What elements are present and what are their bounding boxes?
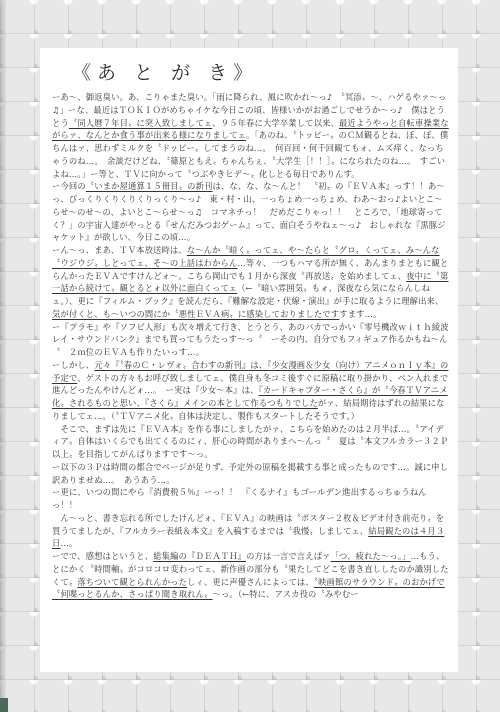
body-paragraph: ー以下の３Ｐは時間の都合でページが足りず、予定外の原稿を掲載する事と成ったもので… <box>52 461 450 487</box>
afterword-text-panel: 《あ と が き》 ーあ〜、御返臭い。あ、こりゃまた臭い。「雨に降られ、風に吹か… <box>40 48 458 672</box>
body-paragraph: ーあ〜、御返臭い。あ、こりゃまた臭い。「雨に降られ、風に吹かれ〜っ♪ 〝冥添〟〜… <box>52 91 450 180</box>
text-run: 、９５年春に大学卒業して以来、 <box>212 118 339 128</box>
page-corner-mark <box>0 698 8 712</box>
text-run: しィ、更に声優さんによっては、 <box>187 577 314 587</box>
text-run: そこで、まずは先に『ＥＶＡ本』を作る事にしましたがァ、こちらを始めたのは２月半ば… <box>52 424 448 460</box>
body-paragraph: ー更に、いつの間にやら『消費税５％』ーっ！！ 『くるナイ』もゴールデン進出するっ… <box>52 486 450 512</box>
afterword-body: ーあ〜、御返臭い。あ、こりゃまた臭い。「雨に降られ、風に吹かれ〜っ♪ 〝冥添〟〜… <box>52 91 450 601</box>
underlined-text-run: 〝いまか屋通算１５冊目〟の新刊 <box>86 181 213 191</box>
text-run: の方は一言で言えばァ <box>246 551 330 561</box>
underlined-text-run: 「つ、疲れた〜っ。」 <box>331 551 411 561</box>
page-binding-edge <box>0 0 6 712</box>
text-run: ーしかし、 <box>52 360 94 370</box>
underlined-text-run: 〝同人暦７年目〟に突入致しましてェ <box>69 118 212 128</box>
underlined-text-run: 総集編の『ＤＥＡＴＨ』 <box>153 551 246 561</box>
text-run: ー以下の３Ｐは時間の都合でページが足りず、予定外の原稿を掲載する事と成ったもので… <box>52 462 448 485</box>
body-paragraph: ー今回の〝いまか屋通算１５冊目〟の新刊は、な、な、な〜んと！ 〝初〟の『ＥＶＡ本… <box>52 180 450 244</box>
body-paragraph: ーでで、感想はというと、総集編の『ＤＥＡＴＨ』の方は一言で言えばァ「つ、疲れた〜… <box>52 550 450 601</box>
body-paragraph: ー『プラモ』や『ソフビ人形』も次々増えて行き、とうとう、あのバカでっかい『零号機… <box>52 321 450 359</box>
text-run: ー『プラモ』や『ソフビ人形』も次々増えて行き、とうとう、あのバカでっかい『零号機… <box>52 322 449 358</box>
body-paragraph: ーしかし、元々『〝春のＣ・レヴォ〟合わすの新刊』は、『少女漫画＆少女（向け）アニ… <box>52 359 450 423</box>
text-run: ー今回の <box>52 181 86 191</box>
body-paragraph: そこで、まずは先に『ＥＶＡ本』を作る事にしましたがァ、こちらを始めたのは２月半ば… <box>52 423 450 461</box>
text-run: …。 <box>60 538 77 548</box>
underlined-text-run: 気が付くと、も〜いつの間にか〝悪性ＥＶＡ病〟に感染しておりましたです <box>52 309 339 319</box>
text-run: ー更に、いつの間にやら『消費税５％』ーっ！！ 『くるナイ』もゴールデン進出するっ… <box>52 487 427 510</box>
body-paragraph: ん〜っと、書き忘れる所でしたけんどォ、『ＥＶＡ』の映画は〝ポスター２枚＆ビデオ付… <box>52 512 450 550</box>
underlined-text-run: 落ちついて観とられんかった <box>77 577 187 587</box>
text-run: 〜っ。（←特に、アスカ役の〝みやむー <box>213 589 359 599</box>
text-run: すます…。 <box>339 309 381 319</box>
text-run: ーでで、感想はというと、 <box>52 551 153 561</box>
page-title: 《あ と が き》 <box>72 58 258 85</box>
body-paragraph: ーん〜っ、まあ、ＴＶ本放送時は、な〜んか〝暗く〟ってェ、や〜たらと〝グロ〟くって… <box>52 244 450 321</box>
text-run: ーん〜っ、まあ、ＴＶ本放送時は、 <box>52 245 187 255</box>
